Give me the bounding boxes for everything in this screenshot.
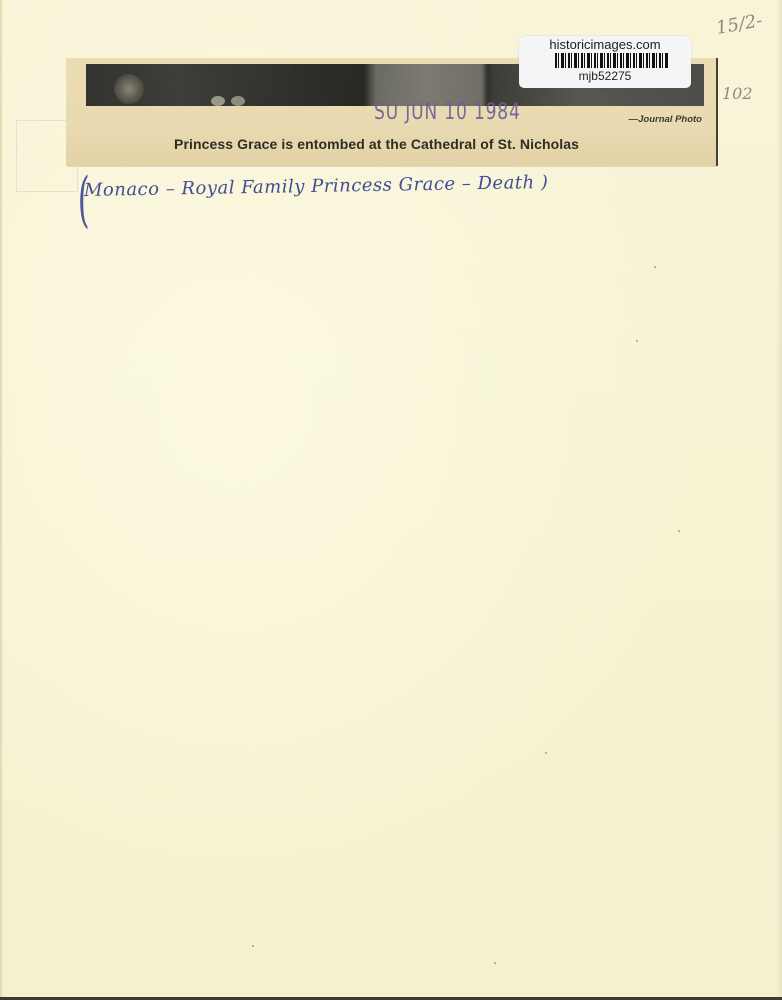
date-stamp: SU JUN 10 1984 — [374, 100, 521, 125]
paper-right-edge — [776, 0, 782, 1000]
clipping-caption: Princess Grace is entombed at the Cathed… — [174, 136, 579, 152]
paper-speck — [636, 340, 638, 342]
clipping-border — [716, 58, 718, 166]
sticker-code: mjb52275 — [519, 69, 691, 83]
photo-credit: —Journal Photo — [629, 114, 702, 125]
paper-speck — [654, 266, 656, 268]
paper-speck — [252, 945, 254, 947]
pencil-mark-side: 102 — [722, 84, 753, 103]
paper-left-edge — [0, 0, 3, 1000]
sticker-site-name: historicimages.com — [519, 37, 691, 52]
photo-face-detail — [114, 74, 144, 104]
barcode-icon — [555, 53, 669, 68]
paper-speck — [678, 530, 680, 532]
photo-detail — [231, 96, 245, 106]
archive-sticker: historicimages.com mjb52275 — [519, 36, 691, 88]
photo-detail — [211, 96, 225, 106]
paper-speck — [494, 962, 496, 964]
paper-speck — [545, 752, 547, 754]
